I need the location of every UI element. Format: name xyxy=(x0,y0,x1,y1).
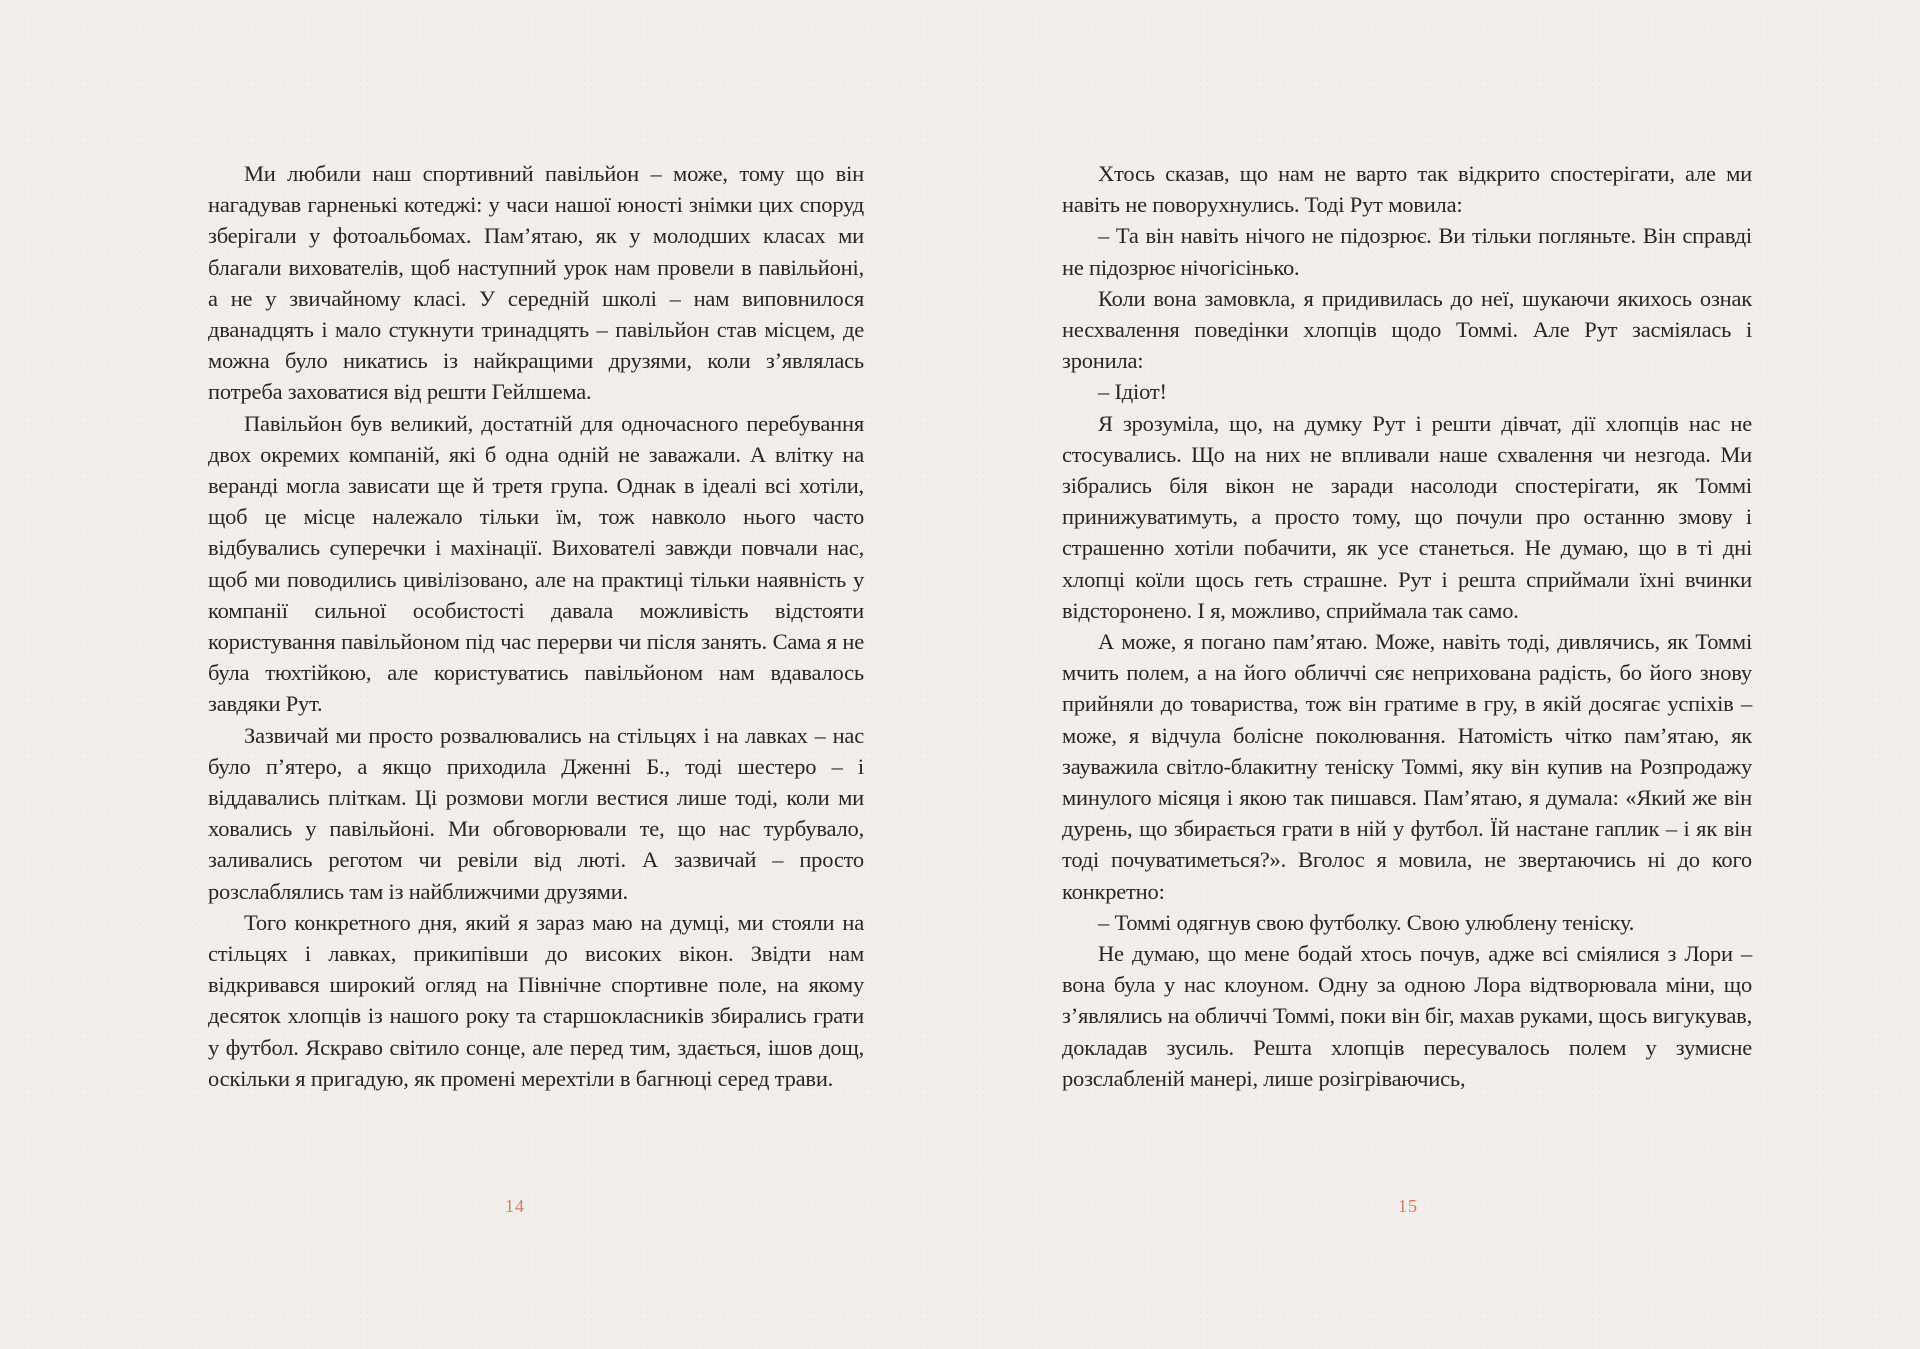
paragraph: Того конкретного дня, який я зараз маю н… xyxy=(208,907,864,1094)
right-page: Хтось сказав, що нам не варто так відкри… xyxy=(1062,158,1752,1094)
paragraph: А може, я погано пам’ятаю. Може, навіть … xyxy=(1062,626,1752,907)
paragraph: Не думаю, що мене бодай хтось почув, адж… xyxy=(1062,938,1752,1094)
paragraph: Ми любили наш спортивний павільйон – мож… xyxy=(208,158,864,408)
dialogue-line: – Ідіот! xyxy=(1062,376,1752,407)
paragraph: Я зрозуміла, що, на думку Рут і решти ді… xyxy=(1062,408,1752,626)
paragraph: Зазвичай ми просто розвалювались на стіл… xyxy=(208,720,864,907)
paragraph: Коли вона замовкла, я придивилась до неї… xyxy=(1062,283,1752,377)
left-page: Ми любили наш спортивний павільйон – мож… xyxy=(208,158,864,1094)
paragraph: Хтось сказав, що нам не варто так відкри… xyxy=(1062,158,1752,220)
page-number-right: 15 xyxy=(1398,1196,1418,1217)
dialogue-line: – Томмі одягнув свою футболку. Свою улюб… xyxy=(1062,907,1752,938)
dialogue-line: – Та він навіть нічого не підозрює. Ви т… xyxy=(1062,220,1752,282)
page-number-left: 14 xyxy=(505,1196,525,1217)
paragraph: Павільйон був великий, достатній для одн… xyxy=(208,408,864,720)
